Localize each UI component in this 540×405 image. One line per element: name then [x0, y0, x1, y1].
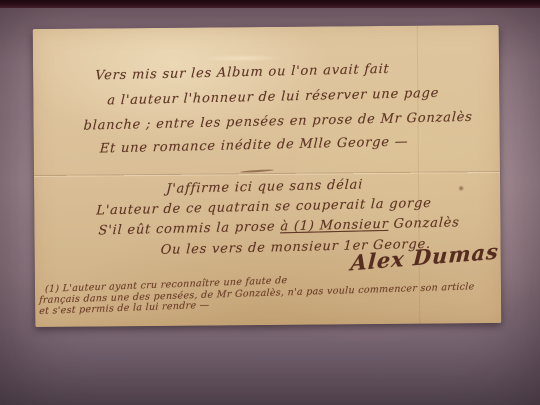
letter-paper: Vers mis sur les Album ou l'on avait fai…: [33, 25, 502, 327]
fold-crease-vertical: [417, 26, 421, 324]
dedication-line-3: blanche ; entre les pensées en prose de …: [83, 110, 473, 134]
fold-crease-horizontal: [34, 171, 500, 177]
photo-top-edge: [0, 0, 540, 8]
underlined-phrase: à (1) Monsieur: [280, 217, 389, 234]
quatrain-line-3-post: Gonzalès: [388, 215, 460, 232]
photograph: Vers mis sur les Album ou l'on avait fai…: [0, 0, 540, 405]
quatrain-line-3: S'il eût commis la prose à (1) Monsieur …: [98, 215, 460, 238]
quatrain-line-1: J'affirme ici que sans délai: [166, 177, 364, 196]
quatrain-line-2: L'auteur de ce quatrain se couperait la …: [96, 196, 432, 219]
dedication-line-1: Vers mis sur les Album ou l'on avait fai…: [95, 62, 390, 84]
paper-dent-highlight: [183, 53, 303, 64]
dedication-line-2: a l'auteur l'honneur de lui réserver une…: [107, 86, 440, 109]
fox-spot: [458, 185, 464, 191]
quatrain-line-3-pre: S'il eût commis la prose: [98, 219, 281, 238]
dedication-line-4: Et une romance inédite de Mlle George —: [99, 134, 408, 156]
